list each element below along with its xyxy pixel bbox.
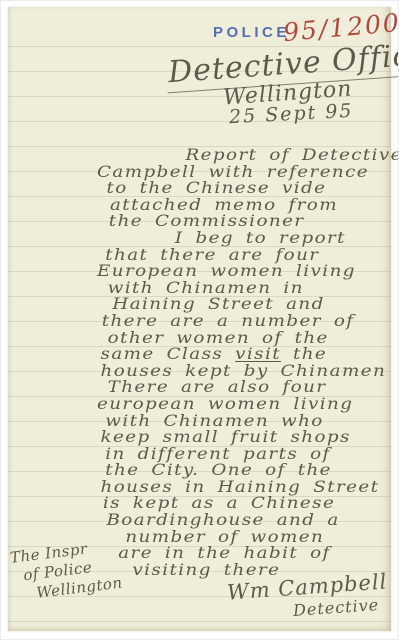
body-line: that there are four xyxy=(105,247,392,264)
body-line: Boardinghouse and a xyxy=(106,512,392,529)
scanned-document-page: POLICE 95/1200 Detective Office Wellingt… xyxy=(0,0,399,640)
body-line: the City. One of the xyxy=(105,462,392,479)
body-line: Campbell with reference xyxy=(97,164,392,181)
body-line: same Class visit the xyxy=(101,346,392,363)
body-line: to the Chinese vide xyxy=(106,180,392,197)
body-line: are in the habit of xyxy=(118,545,392,562)
body-line: I beg to report xyxy=(175,230,392,247)
body-line: with Chinamen in xyxy=(108,280,392,297)
body-line: is kept as a Chinese xyxy=(103,495,392,512)
police-stamp: POLICE xyxy=(213,24,290,41)
body-line: the Commissioner xyxy=(109,213,392,230)
body-line: there are a number of xyxy=(102,313,392,330)
body-lines: Report of DetectiveCampbell with referen… xyxy=(97,147,392,578)
body-line: keep small fruit shops xyxy=(101,429,392,446)
body-line: houses in Haining Street xyxy=(101,479,392,496)
body-line: Report of Detective xyxy=(186,147,393,164)
body-line: Haining Street and xyxy=(112,296,392,313)
body-line: houses kept by Chinamen xyxy=(101,363,392,380)
body-line: in different parts of xyxy=(105,446,392,463)
body-line: with Chinamen who xyxy=(105,413,392,430)
body-line: There are also four xyxy=(108,379,392,396)
body-line: attached memo from xyxy=(110,197,392,214)
body-line: European women living xyxy=(97,263,392,280)
body-line: other women of the xyxy=(108,330,392,347)
body-line: european women living xyxy=(97,396,392,413)
body-line: number of women xyxy=(125,529,392,546)
